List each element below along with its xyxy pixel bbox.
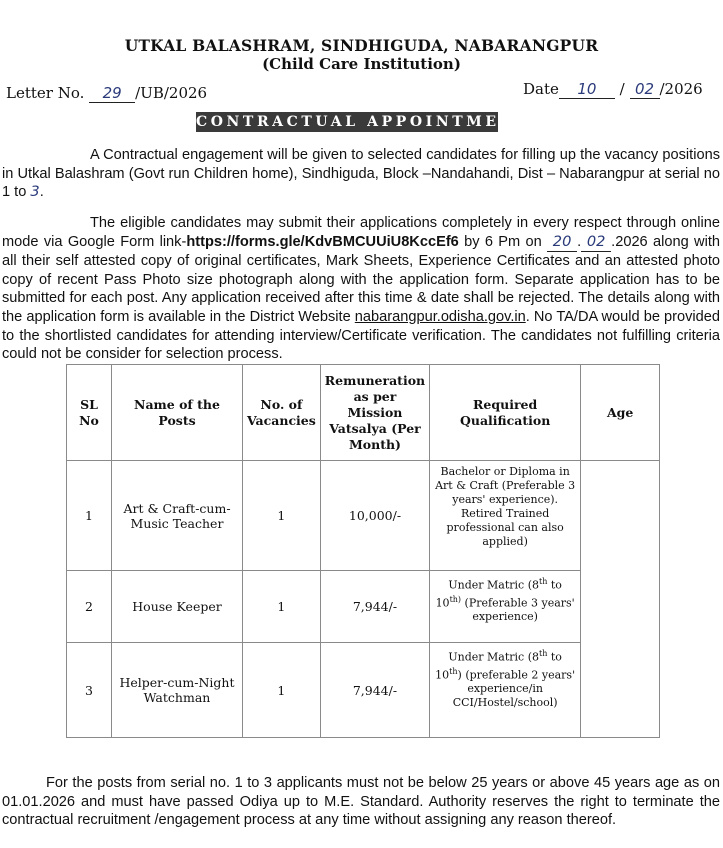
letter-number-label: Letter No. bbox=[6, 84, 84, 102]
header-sl-no: SL No bbox=[67, 365, 112, 461]
vacancy-table: SL No Name of the Posts No. of Vacancies… bbox=[66, 364, 660, 738]
table-row: 2 House Keeper 1 7,944/- Under Matric (8… bbox=[67, 571, 660, 643]
cell-age bbox=[581, 461, 660, 738]
date-day-handwritten: 10 bbox=[559, 80, 615, 99]
application-text-b: by 6 Pm on bbox=[459, 234, 547, 250]
cell-remuneration: 7,944/- bbox=[320, 571, 429, 643]
cell-qualification: Under Matric (8th to 10th) (Preferable 3… bbox=[430, 571, 581, 643]
organization-subtitle: (Child Care Institution) bbox=[0, 55, 723, 73]
letter-page: UTKAL BALASHRAM, SINDHIGUDA, NABARANGPUR… bbox=[0, 0, 723, 848]
cell-qualification: Bachelor or Diploma in Art & Craft (Pref… bbox=[430, 461, 581, 571]
deadline-month-handwritten: 02 bbox=[581, 233, 611, 253]
qual-sup: th bbox=[449, 667, 457, 676]
header-post-name: Name of the Posts bbox=[112, 365, 243, 461]
eligibility-text: For the posts from serial no. 1 to 3 app… bbox=[2, 775, 720, 828]
qual-text: (Preferable 3 years' experience) bbox=[461, 596, 575, 623]
letter-number-handwritten: 29 bbox=[89, 84, 135, 103]
cell-vacancies: 1 bbox=[243, 461, 321, 571]
cell-vacancies: 1 bbox=[243, 643, 321, 738]
deadline-day-handwritten: 20 bbox=[547, 233, 577, 253]
date-year: /2026 bbox=[660, 80, 703, 98]
application-paragraph: The eligible candidates may submit their… bbox=[2, 214, 720, 364]
cell-sl: 2 bbox=[67, 571, 112, 643]
intro-end: . bbox=[40, 184, 44, 200]
date-separator: / bbox=[620, 80, 625, 98]
header-remuneration: Remuneration as per Mission Vatsalya (Pe… bbox=[320, 365, 429, 461]
cell-sl: 3 bbox=[67, 643, 112, 738]
qual-text: Under Matric (8 bbox=[448, 579, 539, 592]
organization-name: UTKAL BALASHRAM, SINDHIGUDA, NABARANGPUR bbox=[0, 36, 723, 55]
header-qualification: Required Qualification bbox=[430, 365, 581, 461]
intro-text: A Contractual engagement will be given t… bbox=[2, 147, 720, 200]
district-website-link[interactable]: nabarangpur.odisha.gov.in bbox=[355, 309, 526, 325]
cell-post-name: House Keeper bbox=[112, 571, 243, 643]
qual-text: Under Matric (8 bbox=[448, 651, 539, 664]
serial-end-handwritten: 3 bbox=[30, 183, 39, 202]
letter-date: Date10 / 02/2026 bbox=[523, 80, 703, 99]
cell-post-name: Art & Craft-cum-Music Teacher bbox=[112, 461, 243, 571]
cell-remuneration: 7,944/- bbox=[320, 643, 429, 738]
qual-text: ) (preferable 2 years' experience/in CCI… bbox=[453, 668, 575, 709]
table-row: 3 Helper-cum-Night Watchman 1 7,944/- Un… bbox=[67, 643, 660, 738]
cell-vacancies: 1 bbox=[243, 571, 321, 643]
google-form-link[interactable]: https://forms.gle/KdvBMCUUiU8KccEf6 bbox=[186, 234, 458, 250]
cell-remuneration: 10,000/- bbox=[320, 461, 429, 571]
cell-qualification: Under Matric (8th to 10th) (preferable 2… bbox=[430, 643, 581, 738]
table-row: 1 Art & Craft-cum-Music Teacher 1 10,000… bbox=[67, 461, 660, 571]
table-header-row: SL No Name of the Posts No. of Vacancies… bbox=[67, 365, 660, 461]
date-label: Date bbox=[523, 80, 559, 98]
date-month-handwritten: 02 bbox=[630, 80, 660, 99]
letter-number: Letter No. 29/UB/2026 bbox=[6, 84, 207, 103]
eligibility-paragraph: For the posts from serial no. 1 to 3 app… bbox=[2, 774, 720, 830]
cell-sl: 1 bbox=[67, 461, 112, 571]
qual-sup: th) bbox=[450, 595, 462, 604]
intro-paragraph: A Contractual engagement will be given t… bbox=[2, 146, 720, 202]
header-vacancies: No. of Vacancies bbox=[243, 365, 321, 461]
cell-post-name: Helper-cum-Night Watchman bbox=[112, 643, 243, 738]
header-age: Age bbox=[581, 365, 660, 461]
deadline-year: .2026 bbox=[611, 234, 648, 250]
document-title-banner: CONTRACTUAL APPOINTMENT bbox=[196, 112, 498, 132]
letter-number-suffix: /UB/2026 bbox=[135, 84, 207, 102]
